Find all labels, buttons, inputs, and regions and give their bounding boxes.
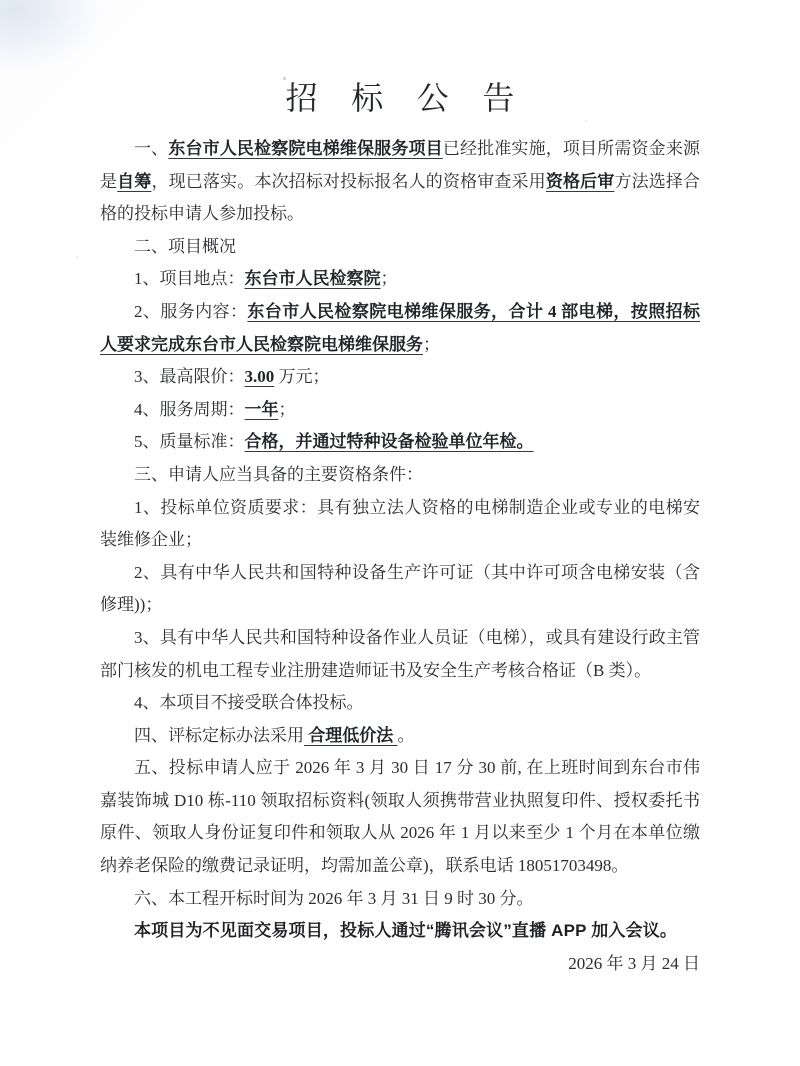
para-section-3-heading: 三、申请人应当具备的主要资格条件： [100, 459, 700, 492]
para-qualification-3: 3、具有中华人民共和国特种设备作业人员证（电梯），或具有建设行政主管部门核发的机… [100, 622, 700, 687]
underlined-text-segment: 合格，并通过特种设备检验单位年检。 [245, 432, 534, 451]
text-segment: 3、具有中华人民共和国特种设备作业人员证（电梯），或具有建设行政主管部门核发的机… [100, 628, 700, 680]
para-qualification-2: 2、具有中华人民共和国特种设备生产许可证（其中许可项含电梯安装（含修理))； [100, 557, 700, 622]
text-segment: 。 [398, 726, 415, 745]
text-segment: 四、评标定标办法采用 [134, 726, 304, 745]
text-segment: 1、项目地点： [134, 269, 245, 288]
para-section-2-heading: 二、项目概况 [100, 231, 700, 264]
para-section-1-approval: 一、东台市人民检察院电梯维保服务项目已经批准实施，项目所需资金来源是自筹，现已落… [100, 133, 700, 231]
para-section-5-bid-docs: 五、投标申请人应于 2026 年 3 月 30 日 17 分 30 前, 在上班… [100, 752, 700, 882]
page-title: 招标公告 [100, 76, 700, 120]
text-segment: 3、最高限价： [134, 367, 245, 386]
text-segment: 二、项目概况 [134, 237, 236, 256]
text-segment: 4、本项目不接受联合体投标。 [134, 693, 364, 712]
underlined-text-segment: 资格后审 [546, 172, 615, 191]
para-evaluation-method: 四、评标定标办法采用 合理低价法 。 [100, 720, 700, 753]
underlined-text-segment: 3.00 [245, 367, 275, 386]
para-quality-standard: 5、质量标准：合格，并通过特种设备检验单位年检。 [100, 426, 700, 459]
scan-speck [76, 256, 78, 258]
underlined-text-segment: 东台市人民检察院电梯维保服务项目 [168, 139, 443, 158]
text-segment: 1、投标单位资质要求：具有独立法人资格的电梯制造企业或专业的电梯安装维修企业； [100, 498, 700, 550]
text-segment: ，现已落实。本次招标对投标报名人的资格审查采用 [151, 172, 545, 191]
text-segment: 2、具有中华人民共和国特种设备生产许可证（其中许可项含电梯安装（含修理))； [100, 563, 700, 615]
underlined-text-segment: 东台市人民检察院 [245, 269, 381, 288]
text-segment: 五、投标申请人应于 2026 年 3 月 30 日 17 分 30 前, 在上班… [100, 758, 700, 875]
para-service-content: 2、服务内容：东台市人民检察院电梯维保服务，合计 4 部电梯，按照招标人要求完成… [100, 296, 700, 361]
para-qualification-1: 1、投标单位资质要求：具有独立法人资格的电梯制造企业或专业的电梯安装维修企业； [100, 492, 700, 557]
underlined-text-segment: 自筹 [117, 172, 151, 191]
text-segment: 2、服务内容： [134, 302, 247, 321]
text-segment: 一、 [134, 139, 168, 158]
para-date: 2026 年 3 月 24 日 [100, 948, 700, 981]
document-body: 一、东台市人民检察院电梯维保服务项目已经批准实施，项目所需资金来源是自筹，现已落… [100, 133, 700, 980]
text-segment: 本项目为不见面交易项目，投标人通过“腾讯会议”直播 APP 加入会议。 [134, 921, 677, 940]
document-page: 招标公告 一、东台市人民检察院电梯维保服务项目已经批准实施，项目所需资金来源是自… [0, 0, 800, 1066]
underlined-text-segment: 一年 [245, 400, 279, 419]
text-segment: 万元； [274, 367, 329, 386]
para-project-location: 1、项目地点：东台市人民检察院； [100, 263, 700, 296]
underlined-text-segment: 合理低价法 [304, 726, 398, 745]
text-segment: 三、申请人应当具备的主要资格条件： [134, 465, 423, 484]
para-section-6-opening-time: 六、本工程开标时间为 2026 年 3 月 31 日 9 时 30 分。 [100, 883, 700, 916]
text-segment: 5、质量标准： [134, 432, 245, 451]
text-segment: ； [423, 335, 440, 354]
text-segment: 2026 年 3 月 24 日 [568, 954, 700, 973]
text-segment: 4、服务周期： [134, 400, 245, 419]
scan-speck [585, 120, 587, 122]
text-segment: 六、本工程开标时间为 2026 年 3 月 31 日 9 时 30 分。 [134, 889, 534, 908]
text-segment: ； [381, 269, 398, 288]
para-price-limit: 3、最高限价：3.00 万元； [100, 361, 700, 394]
para-qualification-4: 4、本项目不接受联合体投标。 [100, 687, 700, 720]
scan-smudge-artifact [0, 0, 106, 74]
text-segment: ； [279, 400, 296, 419]
para-service-period: 4、服务周期：一年； [100, 394, 700, 427]
para-online-meeting-note: 本项目为不见面交易项目，投标人通过“腾讯会议”直播 APP 加入会议。 [100, 915, 700, 948]
